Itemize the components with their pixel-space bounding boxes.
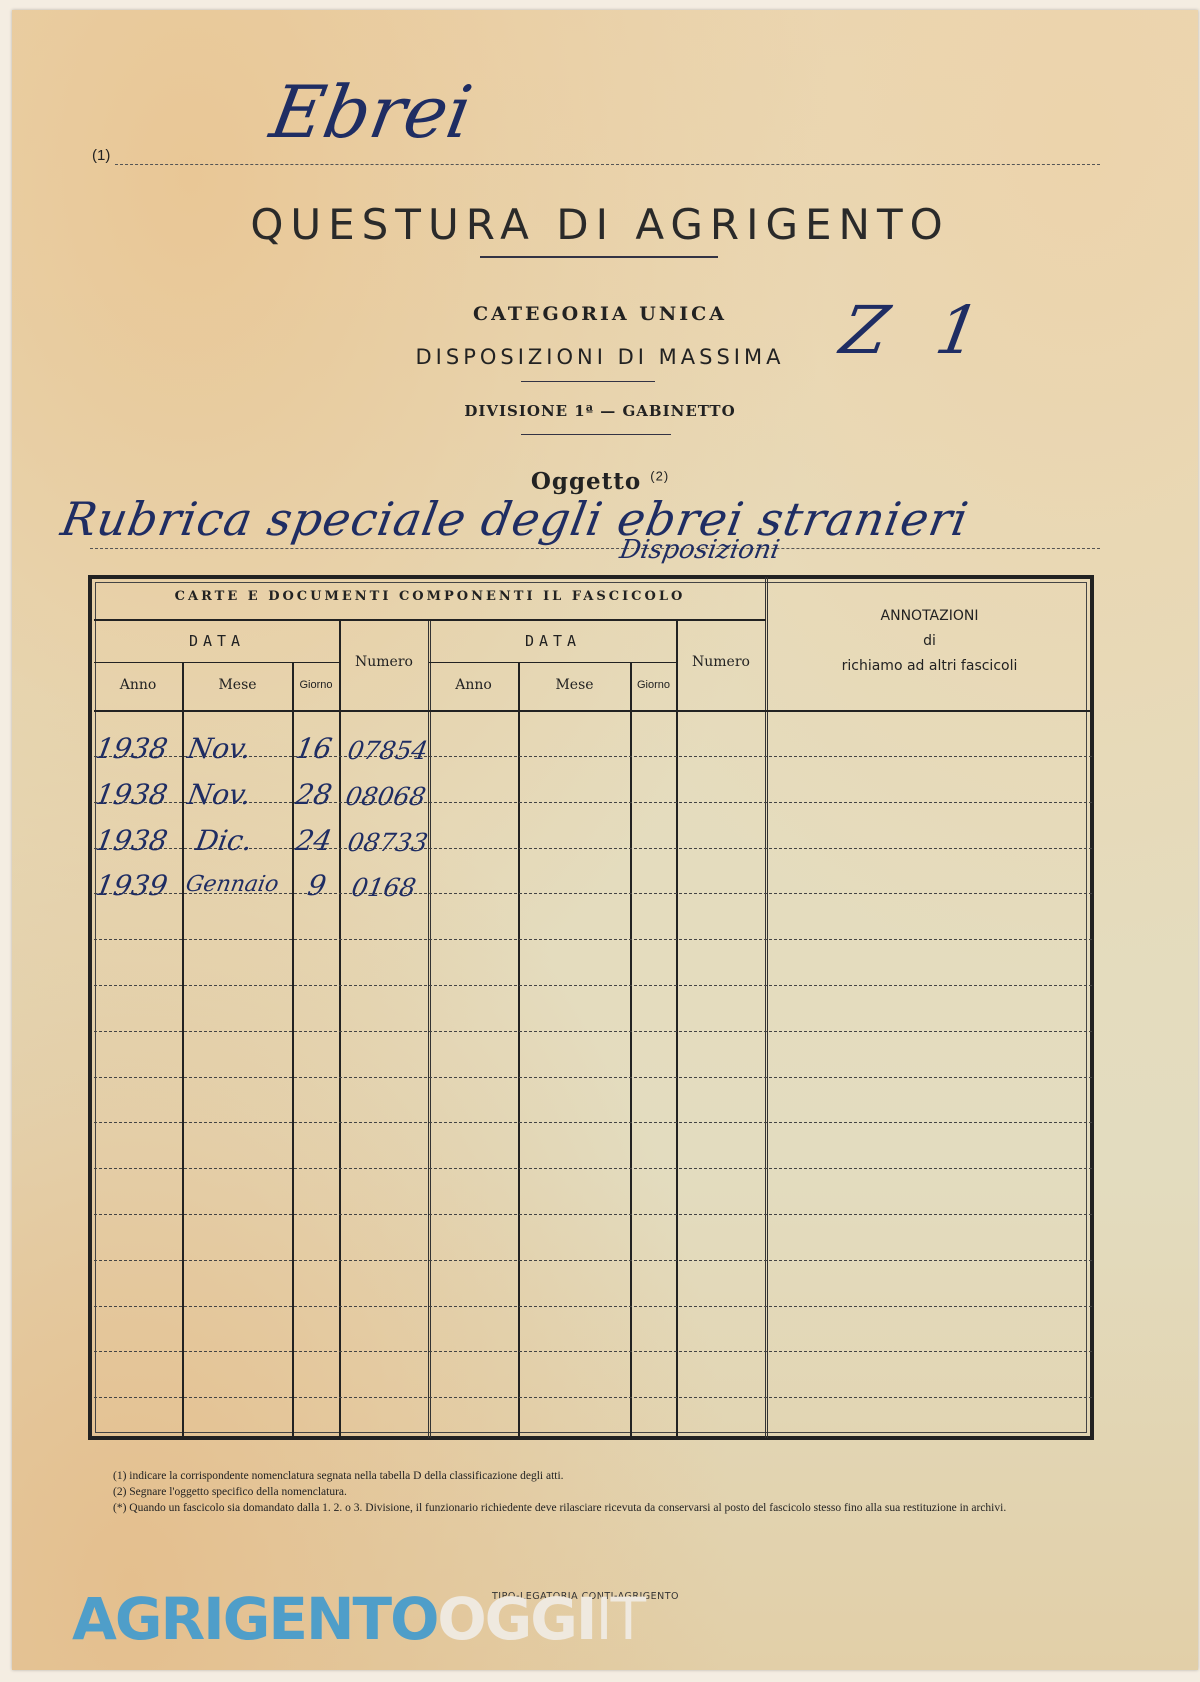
col-divider-mese2-giorno2 [630, 663, 632, 1438]
cell-mese: Dic. [193, 824, 255, 857]
row-separator [94, 1397, 1092, 1398]
footnote-marker-2: (2) [650, 468, 669, 483]
data-header-1: DATA [94, 632, 340, 650]
classification-handwritten: Ebrei [265, 70, 479, 154]
col-divider-anno-mese [182, 663, 184, 1438]
classification-dotted-line [115, 164, 1100, 165]
title-underline [480, 256, 718, 258]
subject-handwritten-line2: Disposizioni [617, 535, 781, 565]
subject-dotted-line [90, 548, 1100, 549]
cell-anno: 1939 [93, 869, 170, 902]
row-separator [94, 1122, 1092, 1123]
numero-header-1: Numero [340, 654, 428, 670]
annotations-subtitle: richiamo ad altri fascicoli [767, 654, 1092, 679]
watermark-part2: OGGI [437, 1585, 595, 1653]
division-underline [521, 434, 671, 435]
division-label: DIVISIONE 1ª — GABINETTO [0, 402, 1200, 420]
row-separator [94, 1168, 1092, 1169]
data-subheader-line-2 [429, 662, 677, 663]
row-separator [94, 1306, 1092, 1307]
col-divider-anno2-mese2 [518, 663, 520, 1438]
data-header-2: DATA [429, 632, 677, 650]
dispositions-label: DISPOSIZIONI DI MASSIMA [0, 345, 1200, 369]
anno-header-2: Anno [429, 677, 518, 693]
watermark-logo: AGRIGENTOOGGIIT [72, 1590, 644, 1648]
annotations-title: ANNOTAZIONI [767, 604, 1092, 629]
cell-mese: Gennaio [184, 872, 281, 897]
annotations-header: ANNOTAZIONI di richiamo ad altri fascico… [767, 604, 1092, 679]
annotations-divider [765, 577, 768, 1438]
subject-heading: Oggetto (2) [0, 468, 1200, 495]
file-code-handwritten: Z 1 [835, 292, 999, 369]
cell-numero: 08068 [343, 782, 428, 811]
col-divider-giorno2-numero2 [676, 621, 678, 1438]
annotations-di: di [767, 629, 1092, 654]
cell-mese: Nov. [185, 778, 254, 811]
row-separator [94, 1077, 1092, 1078]
giorno-header-1: Giorno [293, 679, 339, 691]
cell-numero: 08733 [345, 828, 430, 857]
watermark-part3: IT [595, 1585, 644, 1653]
row-separator [94, 1260, 1092, 1261]
col-divider-giorno-numero [339, 621, 341, 1438]
cell-giorno: 28 [293, 778, 334, 811]
row-separator [94, 1351, 1092, 1352]
footnote-2: (2) Segnare l'oggetto specifico della no… [113, 1484, 1098, 1500]
row-separator [94, 939, 1092, 940]
anno-header-1: Anno [94, 677, 182, 693]
col-divider-mese-giorno [292, 663, 294, 1438]
mese-header-2: Mese [519, 677, 630, 693]
footnote-3: (*) Quando un fascicolo sia domandato da… [113, 1500, 1098, 1516]
cell-giorno: 24 [293, 824, 334, 857]
row-separator [94, 1031, 1092, 1032]
documents-table [88, 575, 1094, 1440]
footnote-1: (1) indicare la corrispondente nomenclat… [113, 1468, 1098, 1484]
subject-handwritten: Rubrica speciale degli ebrei stranieri [57, 492, 973, 546]
mese-header-1: Mese [183, 677, 292, 693]
footnotes: (1) indicare la corrispondente nomenclat… [113, 1468, 1098, 1516]
data-subheader-line-1 [94, 662, 340, 663]
footnote-marker-1: (1) [92, 147, 110, 164]
carte-bottom-line [94, 619, 766, 621]
category-label: CATEGORIA UNICA [0, 303, 1200, 325]
cell-numero: 0168 [349, 873, 418, 902]
row-separator [94, 985, 1092, 986]
cell-anno: 1938 [93, 824, 170, 857]
cell-mese: Nov. [185, 732, 254, 765]
giorno-header-2: Giorno [631, 679, 676, 691]
row-separator [94, 1214, 1092, 1215]
numero-header-2: Numero [677, 654, 765, 670]
watermark-part1: AGRIGENTO [72, 1585, 437, 1653]
cell-anno: 1938 [93, 778, 170, 811]
office-title: QUESTURA DI AGRIGENTO [0, 200, 1200, 249]
table-section-title: CARTE E DOCUMENTI COMPONENTI IL FASCICOL… [94, 589, 766, 604]
cell-giorno: 16 [293, 732, 334, 765]
cell-anno: 1938 [93, 732, 170, 765]
cell-numero: 07854 [345, 736, 430, 765]
header-bottom-line [94, 710, 1092, 712]
dispositions-underline [521, 381, 655, 382]
subject-label: Oggetto [531, 468, 641, 495]
